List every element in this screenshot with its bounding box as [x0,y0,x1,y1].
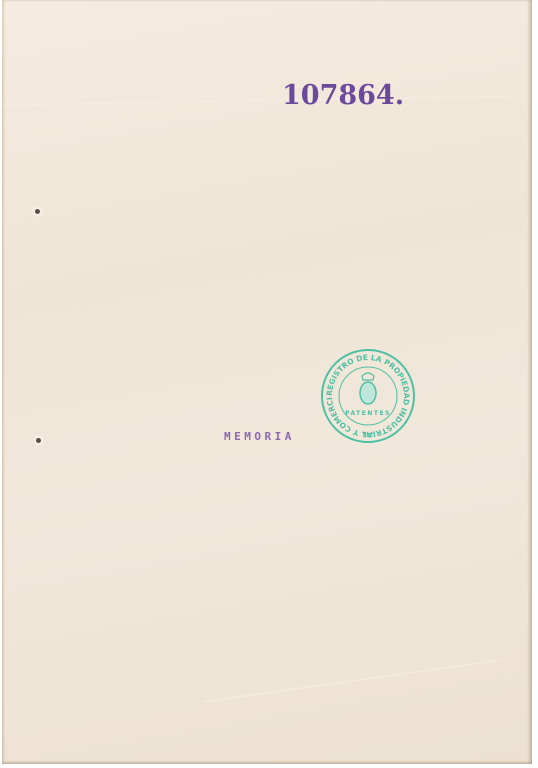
binding-hole [35,209,40,214]
paper-crease [203,659,500,703]
registration-number: 107864. [282,80,404,111]
document-page: 107864. REGISTRO DE LA PROPIEDAD INDUSTR… [2,0,532,764]
official-stamp: REGISTRO DE LA PROPIEDAD INDUSTRIAL Y CO… [320,348,416,444]
binding-hole [36,438,41,443]
royal-crest-icon [360,373,376,404]
registration-number-text: 107864 [282,80,395,111]
paper-crease [2,95,522,105]
stamp-bottom-text: SEC [363,433,374,439]
document-title: MEMORIA [224,430,295,443]
registration-number-suffix: . [395,80,404,111]
stamp-center-text: PATENTES [345,410,391,417]
